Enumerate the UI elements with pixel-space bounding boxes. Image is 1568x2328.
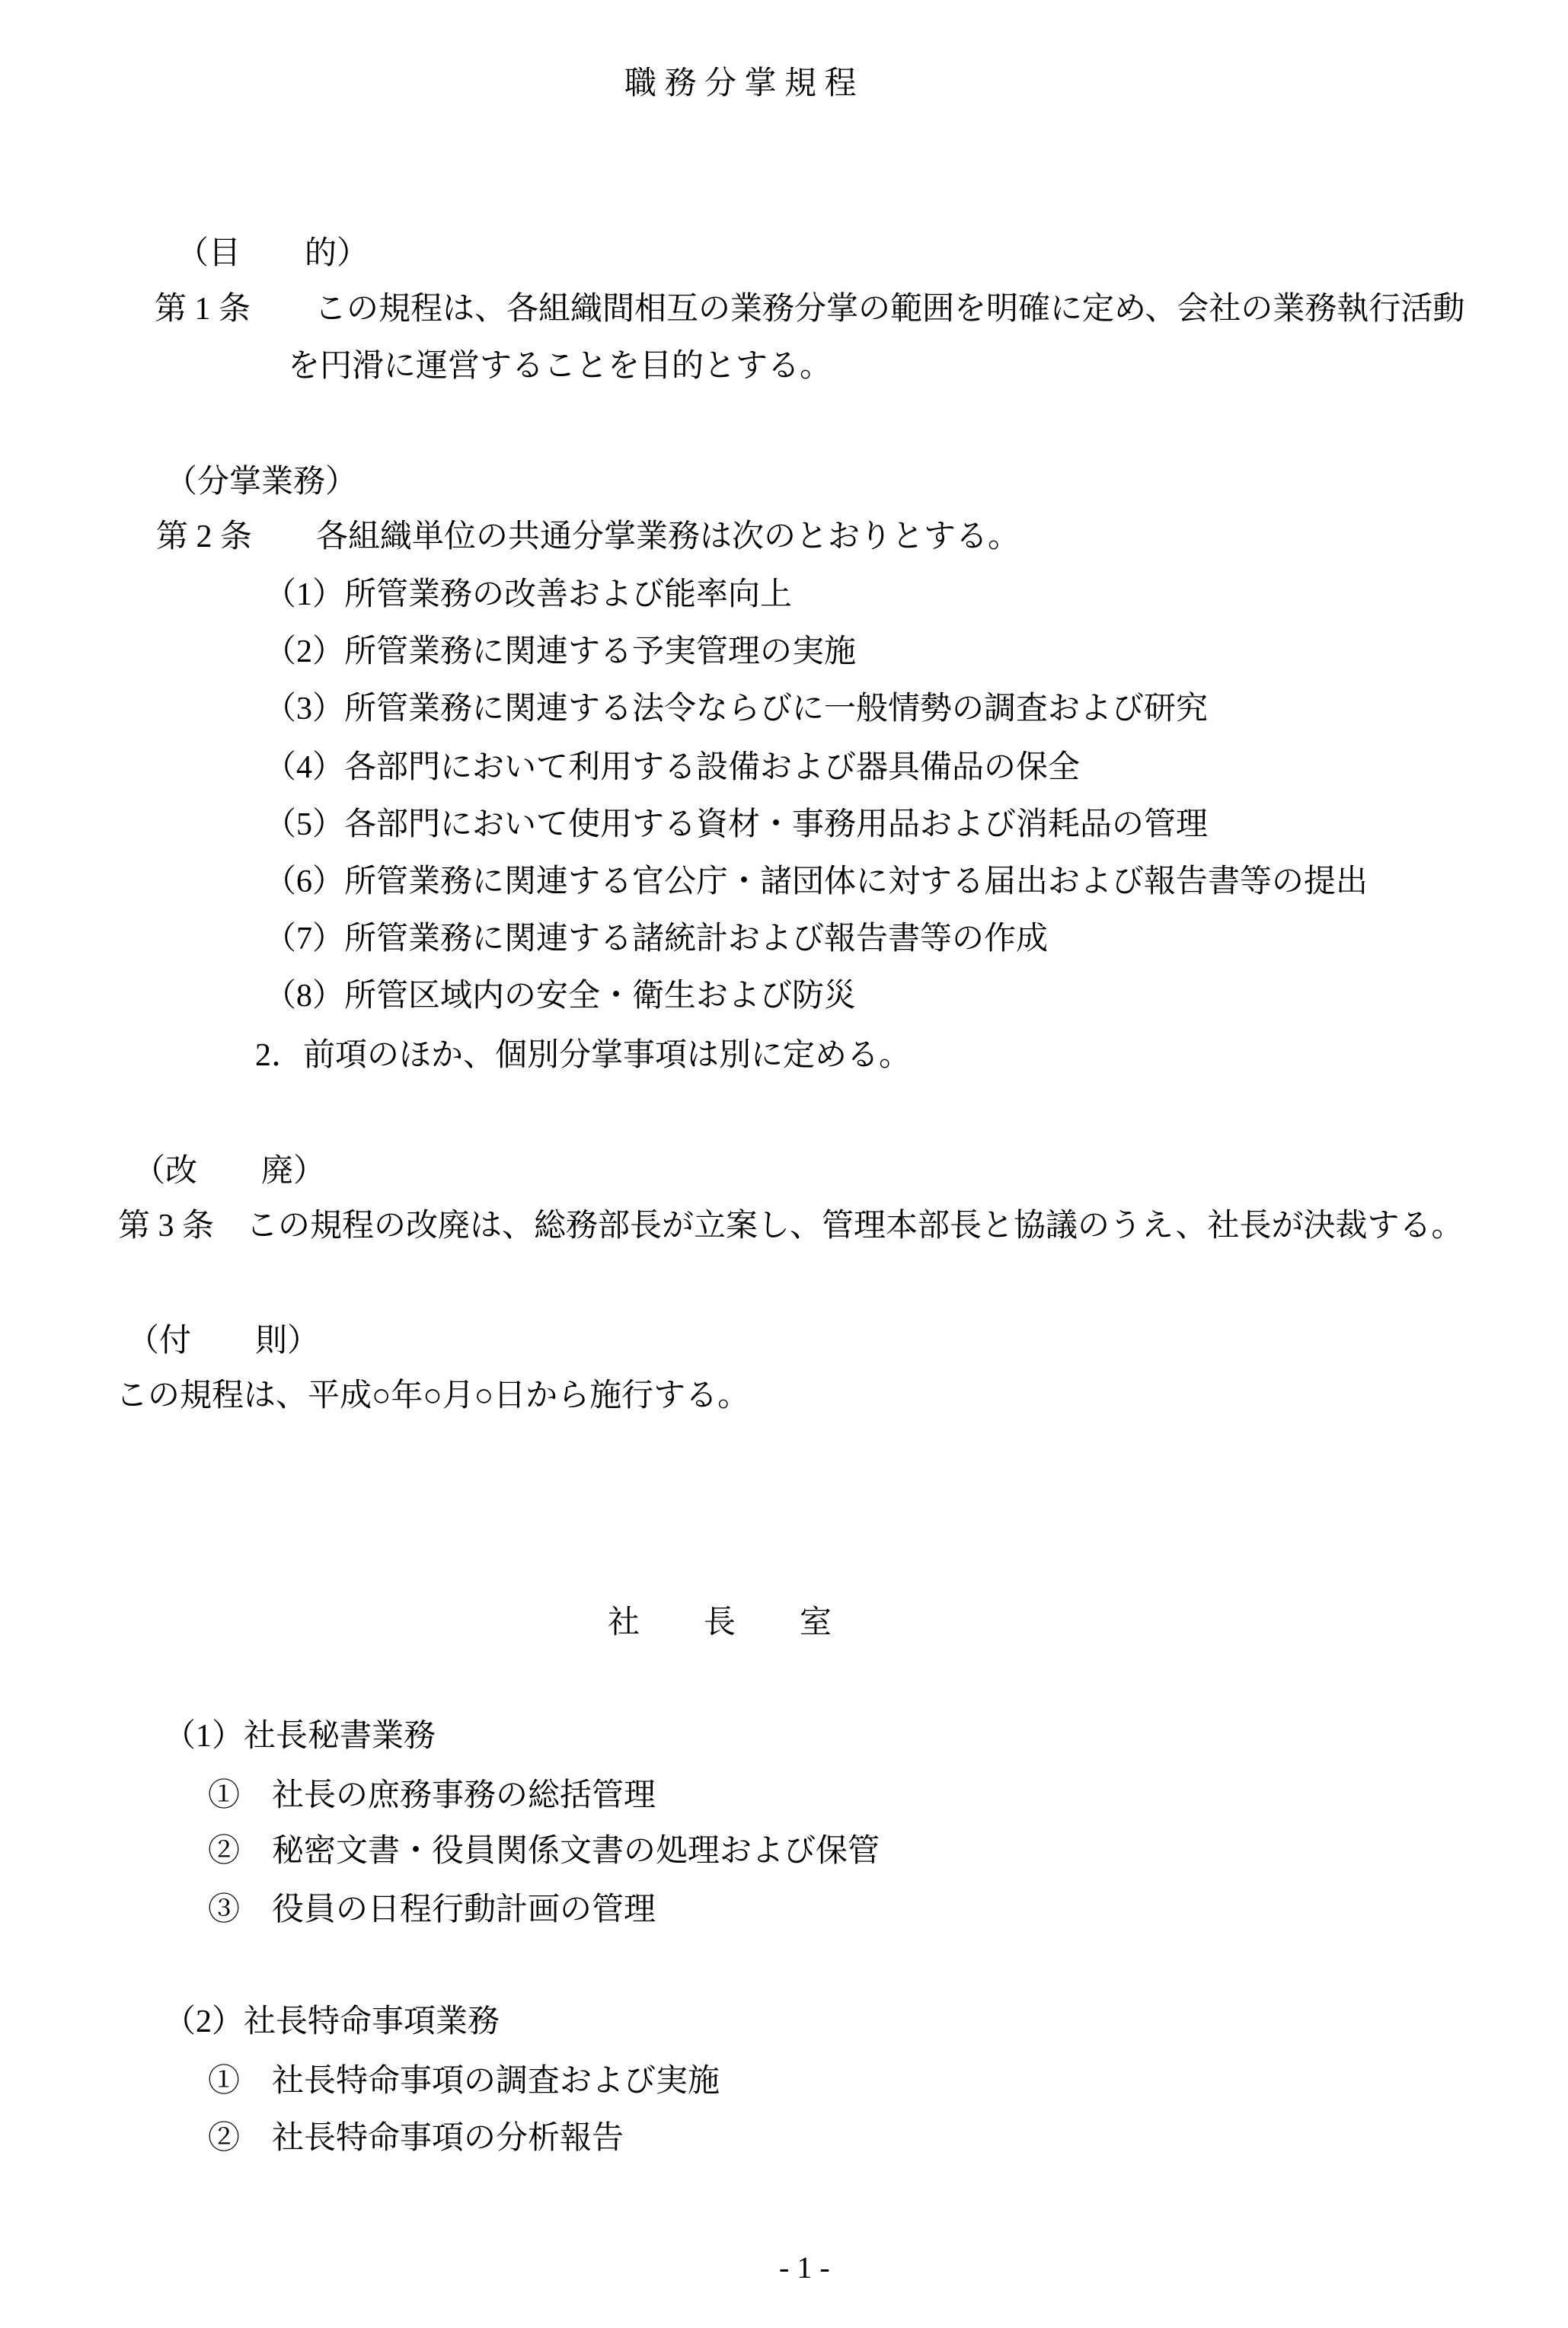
duty-item-2: （2）所管業務に関連する予実管理の実施	[264, 633, 856, 671]
document-page: 職 務 分 掌 規 程 （目 的） 第 1 条 この規程は、各組織間相互の業務分…	[0, 0, 1568, 2328]
supplementary-text: この規程は、平成○年○月○日から施行する。	[116, 1377, 749, 1415]
office-group-1-item-3: ③ 役員の日程行動計画の管理	[208, 1891, 656, 1929]
article-1-line-1: 第 1 条 この規程は、各組織間相互の業務分掌の範囲を明確に定め、会社の業務執行…	[155, 290, 1464, 328]
office-group-2-item-2: ② 社長特命事項の分析報告	[208, 2119, 624, 2157]
document-title: 職 務 分 掌 規 程	[624, 65, 857, 103]
office-group-2-item-1: ① 社長特命事項の調査および実施	[208, 2062, 720, 2100]
duty-item-7: （7）所管業務に関連する諸統計および報告書等の作成	[264, 920, 1048, 958]
office-group-1-item-1: ① 社長の庶務事務の総括管理	[208, 1777, 656, 1815]
duties-heading: （分掌業務）	[165, 463, 357, 501]
office-group-2-label: （2）社長特命事項業務	[164, 2003, 500, 2041]
duty-item-3: （3）所管業務に関連する法令ならびに一般情勢の調査および研究	[264, 690, 1208, 728]
article-2-paragraph-2: 2．前項のほか、個別分掌事項は別に定める。	[255, 1036, 911, 1075]
article-1-line-2: を円滑に運営することを目的とする。	[288, 347, 832, 385]
page-number: - 1 -	[779, 2249, 830, 2287]
duty-item-6: （6）所管業務に関連する官公庁・諸団体に対する届出および報告書等の提出	[264, 863, 1368, 901]
duty-item-1: （1）所管業務の改善および能率向上	[264, 576, 792, 614]
revision-heading: （改 廃）	[133, 1152, 325, 1190]
president-office-heading: 社 長 室	[608, 1604, 832, 1642]
office-group-1-item-2: ② 秘密文書・役員関係文書の処理および保管	[208, 1832, 880, 1870]
purpose-heading: （目 的）	[177, 235, 369, 273]
duty-item-8: （8）所管区域内の安全・衛生および防災	[264, 977, 856, 1015]
supplementary-heading: （付 則）	[127, 1322, 319, 1360]
article-3: 第 3 条 この規程の改廃は、総務部長が立案し、管理本部長と協議のうえ、社長が決…	[118, 1207, 1464, 1245]
duty-item-4: （4）各部門において利用する設備および器具備品の保全	[264, 749, 1080, 787]
duty-item-5: （5）各部門において使用する資材・事務用品および消耗品の管理	[264, 806, 1208, 844]
article-2-intro: 第 2 条 各組織単位の共通分掌業務は次のとおりとする。	[156, 518, 1020, 556]
office-group-1-label: （1）社長秘書業務	[164, 1717, 436, 1755]
